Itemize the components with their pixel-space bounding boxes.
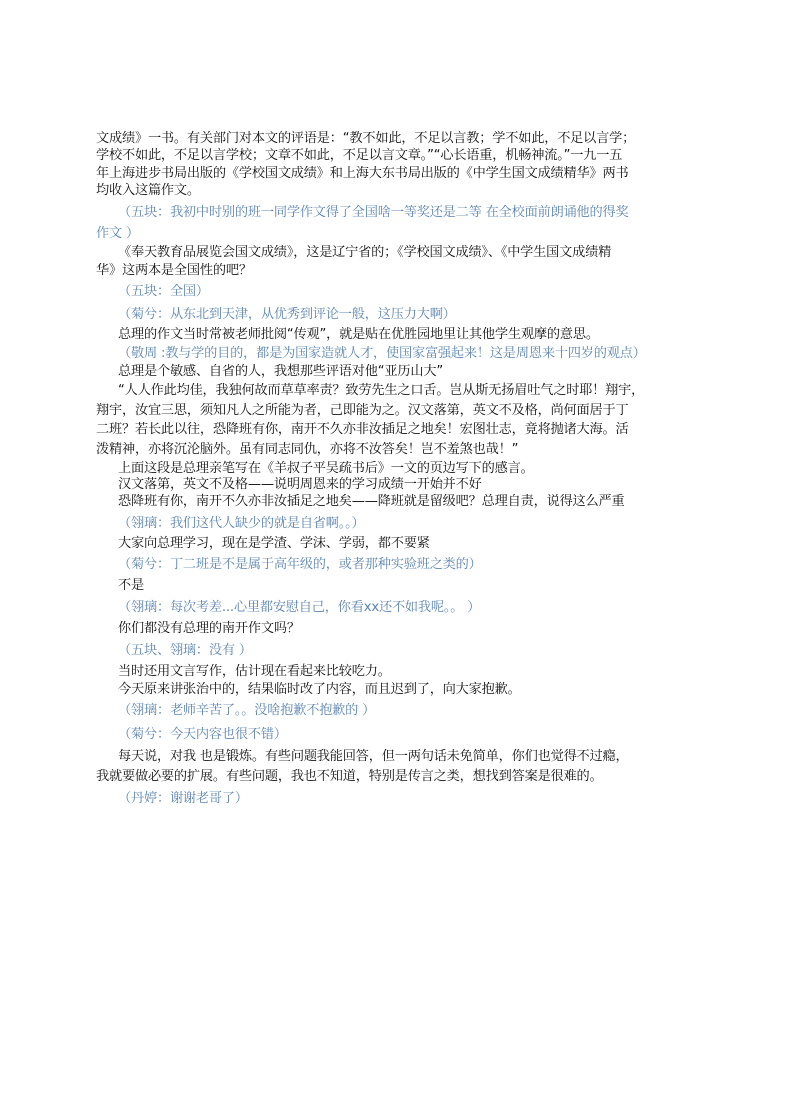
comment-lingli-1: （翎璃：我们这代人缺少的就是自省啊。。） [96,515,710,532]
text-line: 文成绩》一书。有关部门对本文的评语是：“教不如此，不足以言教；学不如此，不足以言… [96,130,710,147]
text-line: 年上海进步书局出版的《学校国文成绩》和上海大东书局出版的《中学生国文成绩精华》两… [96,165,710,182]
text-line: 华》这两本是全国性的吧？ [96,262,710,279]
paragraph-bushi: 不是 [96,577,710,594]
paragraph-daily-talk: 每天说，对我 也是锻炼。有些问题我能回答，但一两句话未免简单，你们也觉得不过瘾，… [96,748,710,785]
comment-juxi-3: （菊兮：今天内容也很不错） [96,726,710,743]
text-line: 泼精神，亦将沉沦脑外。虽有同志同仇，亦将不汝答矣！岂不羞煞也哉！” [96,441,710,458]
comment-wukuai-2: （五块：全国） [96,283,710,300]
comment-jingzhou: （敬周 :教与学的目的，都是为国家造就人才，使国家富强起来！这是周恩来十四岁的观… [96,345,710,362]
text-line: 翔宇，汝宜三思，须知凡人之所能为者，己即能为之。汉文落第，英文不及格，尚何面居于… [96,402,710,419]
paragraph-jiangban: 恐降班有你，南开不久亦非汝插足之地矣——降班就是留级吧？总理自责，说得这么严重 [96,493,710,510]
text-line: “人人作此均佳，我独何故而草草率责？致劳先生之口舌。岂从斯无扬眉吐气之时耶！翔宇… [96,382,710,399]
paragraph-nankai-essay: 你们都没有总理的南开作文吗？ [96,620,710,637]
comment-juxi-2: （菊兮：丁二班是不是属于高年级的，或者那种实验班之类的） [96,556,710,573]
paragraph-wenyan: 当时还用文言写作，估计现在看起来比较吃力。 [96,663,710,680]
paragraph-apology: 今天原来讲张治中的，结果临时改了内容，而且迟到了，向大家抱歉。 [96,681,710,698]
paragraph-chuanguan: 总理的作文当时常被老师批阅“传观”，就是贴在优胜园地里让其他学生观摩的意思。 [96,326,710,343]
paragraph-hanwen: 汉文落第，英文不及格——说明周恩来的学习成绩一开始并不好 [96,477,710,492]
paragraph-sensitive: 总理是个敏感、自省的人，我想那些评语对他“亚历山大” [96,363,710,380]
comment-line: 作文 ） [96,225,710,242]
comment-juxi-1: （菊兮：从东北到天津，从优秀到评论一般，这压力大啊） [96,306,710,323]
text-line: 我就要做必要的扩展。有些问题，我也不知道，特别是传言之类，想找到答案是很难的。 [96,768,710,785]
comment-danting: （丹婷：谢谢老哥了） [96,790,710,807]
paragraph-book-question: 《奉天教育品展览会国文成绩》，这是辽宁省的；《学校国文成绩》、《中学生国文成绩精… [96,244,710,279]
text-line: 学校不如此，不足以言学校；文章不如此，不足以言文章。”“心长语重，机畅神流。”一… [96,147,710,164]
paragraph-xuezha: 大家向总理学习，现在是学渣、学沫、学弱，都不要紧 [96,535,710,552]
text-line: 《奉天教育品展览会国文成绩》，这是辽宁省的；《学校国文成绩》、《中学生国文成绩精 [96,244,710,261]
paragraph-book-reviews: 文成绩》一书。有关部门对本文的评语是：“教不如此，不足以言教；学不如此，不足以言… [96,130,710,200]
comment-lingli-2: （翎璃：每次考差...心里都安慰自己，你看xx还不如我呢。。 ） [96,599,710,616]
document-page: 文成绩》一书。有关部门对本文的评语是：“教不如此，不足以言教；学不如此，不足以言… [96,130,710,807]
comment-lingli-3: （翎璃：老师辛苦了。。没啥抱歉不抱歉的 ） [96,702,710,719]
comment-line: （五块：我初中时别的班一同学作文得了全国啥一等奖还是二等 在全校面前朗诵他的得奖 [96,204,710,221]
comment-wukuai-lingli: （五块、翎璃：没有 ） [96,642,710,659]
comment-wukuai-1: （五块：我初中时别的班一同学作文得了全国啥一等奖还是二等 在全校面前朗诵他的得奖… [96,204,710,243]
paragraph-margin-note: 上面这段是总理亲笔写在《羊叔子平吴疏书后》一文的页边写下的感言。 [96,460,710,477]
paragraph-zhou-quote: “人人作此均佳，我独何故而草草率责？致劳先生之口舌。岂从斯无扬眉吐气之时耶！翔宇… [96,382,710,458]
text-line: 二班？若长此以往，恐降班有你，南开不久亦非汝插足之地矣！宏图壮志，竟将抛诸大海。… [96,421,710,438]
text-line: 每天说，对我 也是锻炼。有些问题我能回答，但一两句话未免简单，你们也觉得不过瘾， [96,748,710,765]
text-line: 均收入这篇作文。 [96,182,710,199]
